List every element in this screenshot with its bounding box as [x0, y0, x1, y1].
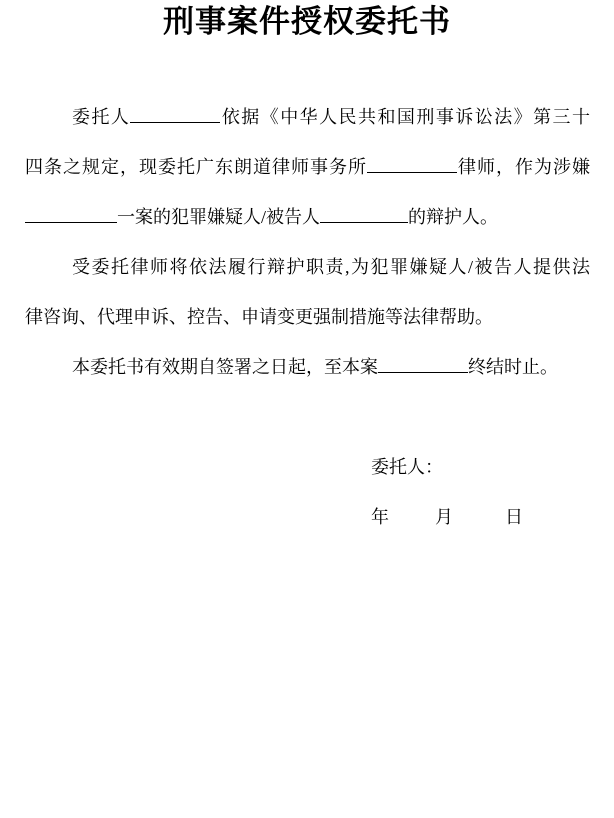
- defender-text: 的辩护人。: [408, 207, 498, 227]
- document-body: 委托人依据《中华人民共和国刑事诉讼法》第三十 四条之规定，现委托广东朗道律师事务…: [25, 92, 590, 392]
- suspect-defendant-text: 一案的犯罪嫌疑人/被告人: [117, 207, 320, 227]
- signature-block: 委托人： 年月日: [371, 442, 523, 542]
- client-label-text: 委托人: [72, 107, 130, 127]
- paragraph3-line1: 本委托书有效期自签署之日起，至本案终结时止。: [25, 342, 590, 392]
- signature-client-label: 委托人：: [371, 442, 523, 492]
- fill-in-blank-lawyer-name: [367, 152, 457, 173]
- paragraph1-line1: 委托人依据《中华人民共和国刑事诉讼法》第三十: [25, 92, 590, 142]
- validity-text: 本委托书有效期自签署之日起，至本案: [72, 357, 378, 377]
- paragraph2-line1: 受委托律师将依法履行辩护职责,为犯罪嫌疑人/被告人提供法: [25, 242, 590, 292]
- validity-end-text: 终结时止。: [468, 357, 558, 377]
- paragraph2-line2: 律咨询、代理申诉、控告、申请变更强制措施等法律帮助。: [25, 292, 590, 342]
- document-title: 刑事案件授权委托书: [0, 2, 614, 42]
- fill-in-blank-case-end: [378, 352, 468, 373]
- duties-text: 受委托律师将依法履行辩护职责,为犯罪嫌疑人/被告人提供法: [72, 257, 590, 277]
- lawyer-role-text: 律师，作为涉嫌: [457, 157, 590, 177]
- date-day-label: 日: [505, 492, 523, 542]
- fill-in-blank-case-name: [25, 202, 117, 223]
- legal-basis-text: 依据《中华人民共和国刑事诉讼法》第三十: [220, 107, 590, 127]
- signature-date-line: 年月日: [371, 492, 523, 542]
- document-page: 刑事案件授权委托书 委托人依据《中华人民共和国刑事诉讼法》第三十 四条之规定，现…: [0, 0, 614, 818]
- paragraph1-line3: 一案的犯罪嫌疑人/被告人的辩护人。: [25, 192, 590, 242]
- paragraph1-line2: 四条之规定，现委托广东朗道律师事务所律师，作为涉嫌: [25, 142, 590, 192]
- date-year-label: 年: [371, 492, 389, 542]
- fill-in-blank-client-name: [130, 102, 220, 123]
- services-text: 律咨询、代理申诉、控告、申请变更强制措施等法律帮助。: [25, 307, 493, 327]
- fill-in-blank-defendant-name: [320, 202, 408, 223]
- law-firm-text: 四条之规定，现委托广东朗道律师事务所: [25, 157, 367, 177]
- date-month-label: 月: [435, 492, 453, 542]
